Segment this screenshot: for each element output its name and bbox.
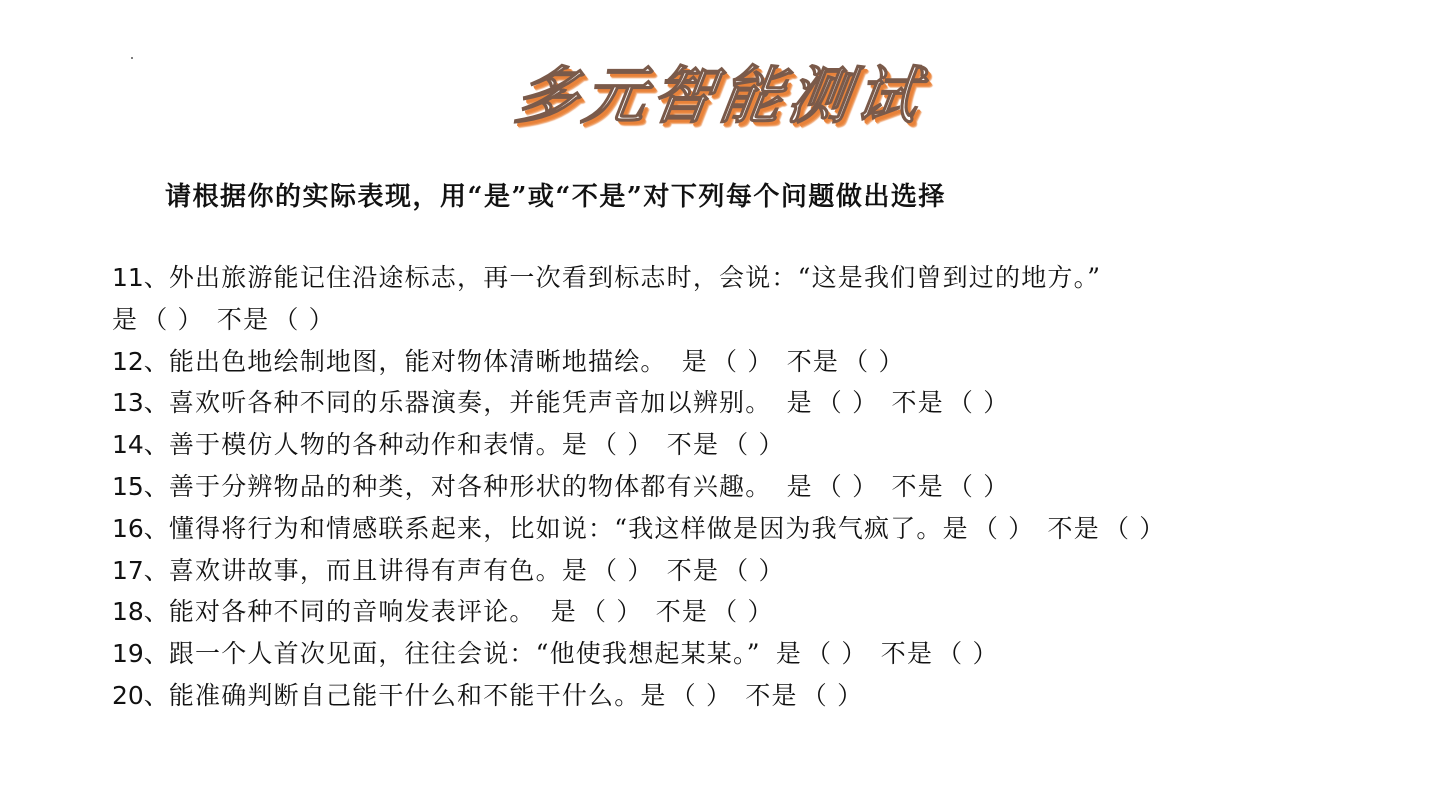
question-text: 能出色地绘制地图，能对物体清晰地描绘。 <box>169 347 667 376</box>
question-item-12: 12、能出色地绘制地图，能对物体清晰地描绘。 是（ ） 不是（ ） <box>112 341 1362 383</box>
no-blank[interactable]: （ ） <box>723 424 785 466</box>
no-blank[interactable]: （ ） <box>843 341 905 383</box>
no-label: 不是 <box>1048 514 1100 543</box>
yes-blank[interactable]: （ ） <box>712 341 774 383</box>
yes-label: 是 <box>776 639 802 668</box>
no-blank[interactable]: （ ） <box>937 633 999 675</box>
question-item-17: 17、喜欢讲故事，而且讲得有声有色。是（ ） 不是（ ） <box>112 550 1362 592</box>
question-item-19: 19、跟一个人首次见面，往往会说：“他使我想起某某。” 是（ ） 不是（ ） <box>112 633 1362 675</box>
question-text: 跟一个人首次见面，往往会说：“他使我想起某某。” <box>169 639 761 668</box>
question-number: 16、 <box>112 514 169 543</box>
yes-label: 是 <box>787 472 813 501</box>
stray-dot <box>131 57 133 59</box>
no-blank[interactable]: （ ） <box>1104 508 1166 550</box>
instruction-text: 请根据你的实际表现，用“是”或“不是”对下列每个问题做出选择 <box>165 177 946 217</box>
no-label: 不是 <box>667 556 719 585</box>
yes-blank[interactable]: （ ） <box>592 424 654 466</box>
no-label: 不是 <box>217 305 269 334</box>
yes-label: 是 <box>640 681 666 710</box>
question-number: 18、 <box>112 597 169 626</box>
no-blank[interactable]: （ ） <box>948 382 1010 424</box>
slide: 多元智能测试 请根据你的实际表现，用“是”或“不是”对下列每个问题做出选择 11… <box>0 0 1440 810</box>
question-text: 喜欢讲故事，而且讲得有声有色。 <box>169 556 562 585</box>
yes-label: 是 <box>112 305 138 334</box>
yes-label: 是 <box>551 597 577 626</box>
question-number: 11、 <box>112 263 169 292</box>
yes-blank[interactable]: （ ） <box>671 675 733 717</box>
question-item-14: 14、善于模仿人物的各种动作和表情。是（ ） 不是（ ） <box>112 424 1362 466</box>
question-number: 19、 <box>112 639 169 668</box>
question-item-15: 15、善于分辨物品的种类，对各种形状的物体都有兴趣。 是（ ） 不是（ ） <box>112 466 1362 508</box>
no-label: 不是 <box>667 430 719 459</box>
no-label: 不是 <box>787 347 839 376</box>
question-item-13: 13、喜欢听各种不同的乐器演奏，并能凭声音加以辨别。 是（ ） 不是（ ） <box>112 382 1362 424</box>
yes-label: 是 <box>943 514 969 543</box>
question-text: 懂得将行为和情感联系起来，比如说：“我这样做是因为我气疯了。 <box>169 514 943 543</box>
question-number: 14、 <box>112 430 169 459</box>
no-label: 不是 <box>745 681 797 710</box>
question-item-20: 20、能准确判断自己能干什么和不能干什么。是（ ） 不是（ ） <box>112 675 1362 717</box>
no-blank[interactable]: （ ） <box>273 299 335 341</box>
question-number: 20、 <box>112 681 169 710</box>
question-item-11: 11、外出旅游能记住沿途标志，再一次看到标志时，会说：“这是我们曾到过的地方。”… <box>112 257 1362 341</box>
question-text: 喜欢听各种不同的乐器演奏，并能凭声音加以辨别。 <box>169 388 772 417</box>
yes-blank[interactable]: （ ） <box>817 382 879 424</box>
yes-label: 是 <box>562 556 588 585</box>
no-label: 不是 <box>892 388 944 417</box>
yes-blank[interactable]: （ ） <box>142 299 204 341</box>
no-blank[interactable]: （ ） <box>712 591 774 633</box>
yes-label: 是 <box>562 430 588 459</box>
question-text: 外出旅游能记住沿途标志，再一次看到标志时，会说：“这是我们曾到过的地方。” <box>169 263 1101 292</box>
yes-blank[interactable]: （ ） <box>581 591 643 633</box>
yes-label: 是 <box>787 388 813 417</box>
yes-blank[interactable]: （ ） <box>973 508 1035 550</box>
question-number: 12、 <box>112 347 169 376</box>
question-text: 能准确判断自己能干什么和不能干什么。 <box>169 681 641 710</box>
no-blank[interactable]: （ ） <box>723 550 785 592</box>
no-blank[interactable]: （ ） <box>802 675 864 717</box>
yes-blank[interactable]: （ ） <box>817 466 879 508</box>
question-list: 11、外出旅游能记住沿途标志，再一次看到标志时，会说：“这是我们曾到过的地方。”… <box>112 257 1362 717</box>
question-number: 15、 <box>112 472 169 501</box>
yes-label: 是 <box>682 347 708 376</box>
no-blank[interactable]: （ ） <box>948 466 1010 508</box>
slide-title: 多元智能测试 <box>494 56 945 136</box>
question-number: 13、 <box>112 388 169 417</box>
yes-blank[interactable]: （ ） <box>806 633 868 675</box>
question-item-18: 18、能对各种不同的音响发表评论。 是（ ） 不是（ ） <box>112 591 1362 633</box>
yes-blank[interactable]: （ ） <box>592 550 654 592</box>
question-text: 善于分辨物品的种类，对各种形状的物体都有兴趣。 <box>169 472 772 501</box>
no-label: 不是 <box>881 639 933 668</box>
question-text: 善于模仿人物的各种动作和表情。 <box>169 430 562 459</box>
no-label: 不是 <box>892 472 944 501</box>
no-label: 不是 <box>656 597 708 626</box>
question-item-16: 16、懂得将行为和情感联系起来，比如说：“我这样做是因为我气疯了。是（ ） 不是… <box>112 508 1362 550</box>
question-number: 17、 <box>112 556 169 585</box>
question-text: 能对各种不同的音响发表评论。 <box>169 597 536 626</box>
